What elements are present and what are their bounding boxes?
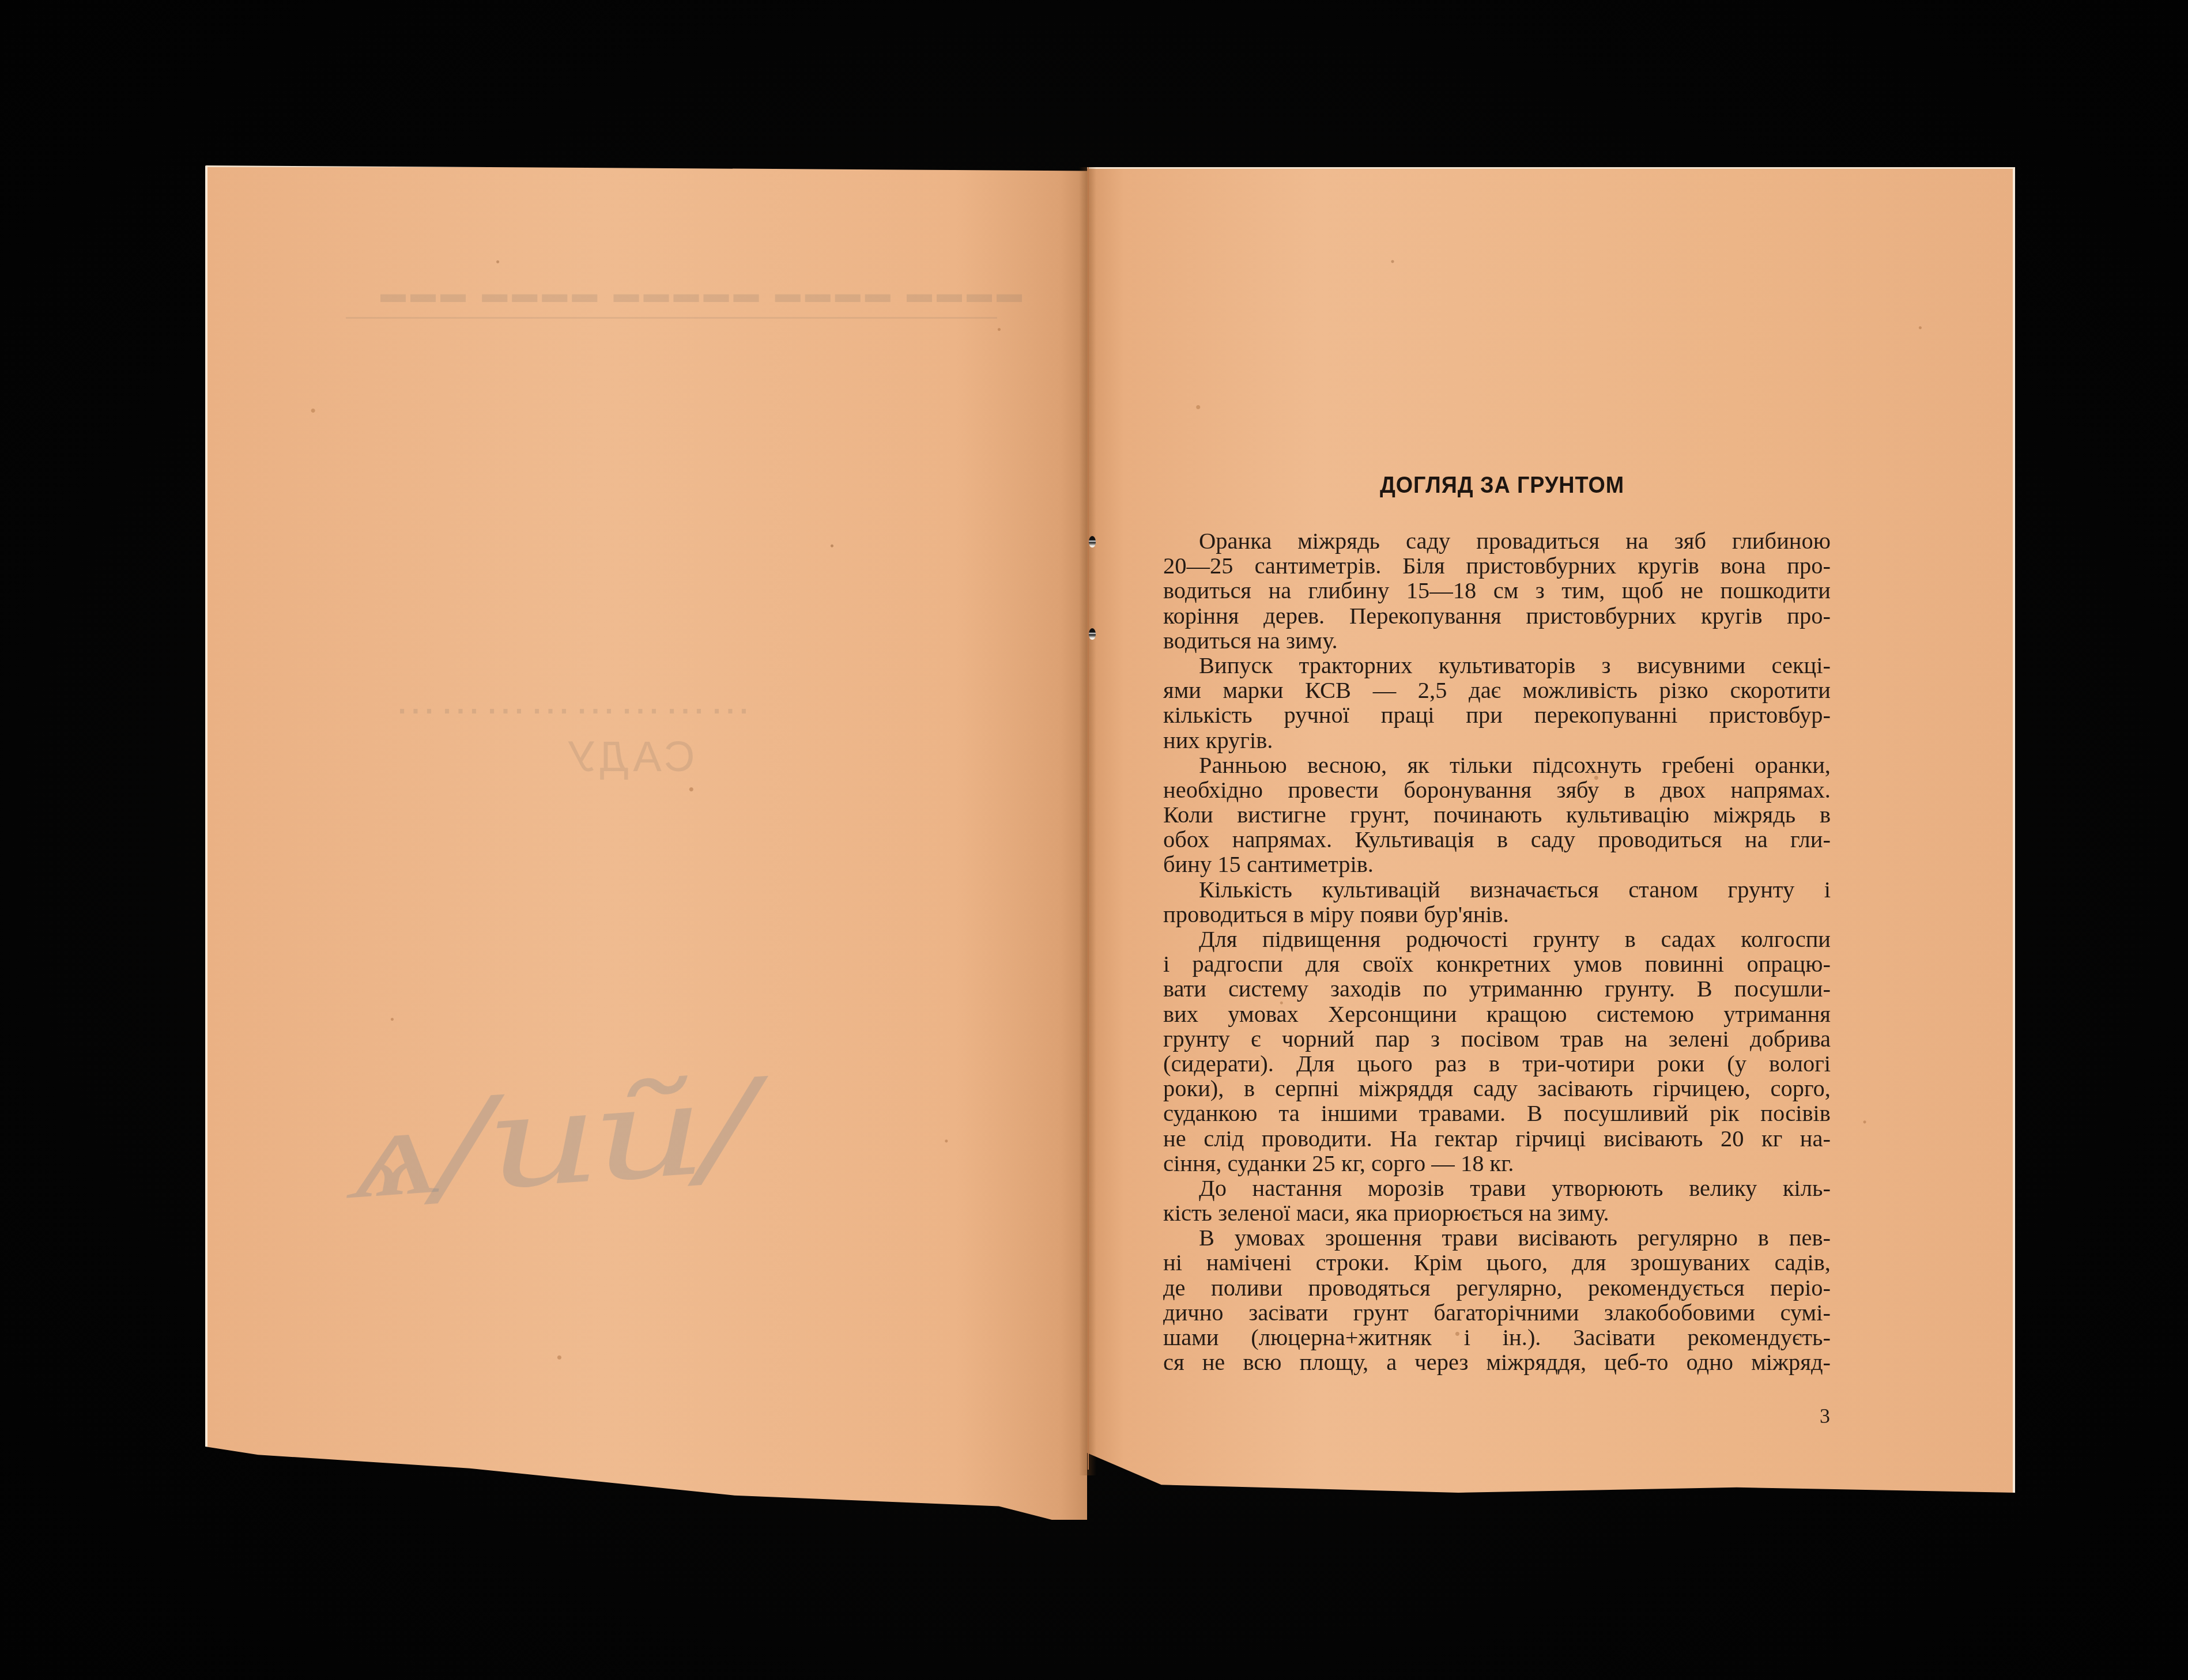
text-line: вих умовах Херсонщини кращою системою ут…: [1163, 1002, 1831, 1026]
text-line: Кількість культивацій визначається стано…: [1163, 877, 1831, 902]
text-line: До настання морозів трави утворюють вели…: [1163, 1176, 1831, 1200]
text-line: Оранка міжрядь саду провадиться на зяб г…: [1163, 528, 1831, 553]
bleed-through-title-line-2: САДУ: [565, 732, 695, 781]
text-line: ями марки КСВ — 2,5 дає можливість різко…: [1163, 678, 1831, 703]
text-line: ся не всю площу, а через міжряддя, цеб-т…: [1163, 1350, 1831, 1375]
text-line: де поливи проводяться регулярно, рекомен…: [1163, 1275, 1831, 1300]
text-line: кість зеленої маси, яка приорюється на з…: [1163, 1200, 1831, 1225]
text-line: (сидерати). Для цього раз в три-чотири р…: [1163, 1051, 1831, 1076]
text-line: 20—25 сантиметрів. Біля пристовбурних кр…: [1163, 553, 1831, 578]
spine-fold: [1088, 167, 1089, 1470]
text-line: Коли вистигне грунт, починають культивац…: [1163, 802, 1831, 827]
text-line: дично засівати грунт багаторічними злако…: [1163, 1300, 1831, 1325]
text-line: суданкою та іншими травами. В посушливий…: [1163, 1101, 1831, 1126]
bleed-through-header: ▬▬▬ ▬▬▬▬ ▬▬▬▬▬ ▬▬▬▬ ▬▬▬▬: [380, 280, 1027, 308]
text-line: проводиться в міру появи бур'янів.: [1163, 902, 1831, 927]
text-line: Для підвищення родючості грунту в садах …: [1163, 927, 1831, 952]
text-line: Ранньою весною, як тільки підсохнуть гре…: [1163, 753, 1831, 777]
bleed-through-title-line-1: ……………………: [392, 674, 752, 723]
text-line: кількість ручної праці при перекопуванні…: [1163, 703, 1831, 727]
open-booklet: ▬▬▬ ▬▬▬▬ ▬▬▬▬▬ ▬▬▬▬ ▬▬▬▬ …………………… САДУ ѧ…: [0, 0, 2188, 1680]
left-page: ▬▬▬ ▬▬▬▬ ▬▬▬▬▬ ▬▬▬▬ ▬▬▬▬ …………………… САДУ: [205, 165, 1087, 1520]
text-line: бину 15 сантиметрів.: [1163, 852, 1831, 877]
section-heading: ДОГЛЯД ЗА ГРУНТОМ: [1200, 471, 1805, 499]
text-line: роки), в серпні міжряддя саду засівають …: [1163, 1076, 1831, 1101]
text-line: грунту є чорний пар з посівом трав на зе…: [1163, 1026, 1831, 1051]
text-line: коріння дерев. Перекопування пристовбурн…: [1163, 603, 1831, 628]
text-line: Випуск тракторних культиваторів з висувн…: [1163, 653, 1831, 678]
text-line: водиться на зиму.: [1163, 628, 1831, 653]
pencil-inscription: ѧ/ии̃/: [341, 1052, 755, 1228]
text-line: шами (люцерна+житняк і ін.). Засівати ре…: [1163, 1325, 1831, 1350]
text-line: сіння, суданки 25 кг, сорго — 18 кг.: [1163, 1151, 1831, 1176]
text-line: них кругів.: [1163, 728, 1831, 753]
staple-bottom: [1089, 628, 1096, 640]
page-number: 3: [1820, 1404, 1830, 1428]
text-line: і радгоспи для своїх конкретних умов пов…: [1163, 952, 1831, 976]
text-line: вати систему заходів по утриманню грунту…: [1163, 976, 1831, 1001]
text-line: необхідно провести боронування зябу в дв…: [1163, 777, 1831, 802]
text-line: водиться на глибину 15—18 см з тим, щоб …: [1163, 578, 1831, 603]
text-line: не слід проводити. На гектар гірчиці вис…: [1163, 1126, 1831, 1151]
text-line: В умовах зрошення трави висівають регуля…: [1163, 1225, 1831, 1250]
page-text-block: ДОГЛЯД ЗА ГРУНТОМ Оранка міжрядь саду пр…: [1163, 471, 1831, 1375]
text-line: ні намічені строки. Крім цього, для зрош…: [1163, 1250, 1831, 1275]
body-paragraphs: Оранка міжрядь саду провадиться на зяб г…: [1163, 528, 1831, 1375]
bleed-through-rule: [346, 317, 997, 319]
staple-top: [1089, 536, 1096, 548]
text-line: обох напрямах. Культивація в саду провод…: [1163, 827, 1831, 852]
